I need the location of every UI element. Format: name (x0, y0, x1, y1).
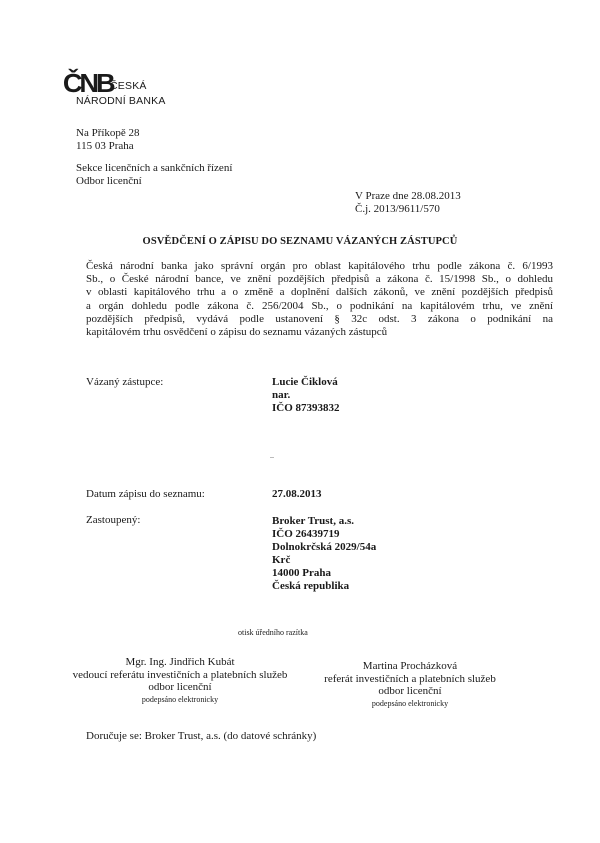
scan-speck (270, 457, 274, 458)
date-label: Datum zápisu do seznamu: (86, 488, 205, 501)
signer-note: podepsáno elektronicky (60, 694, 300, 705)
body-paragraph: Česká národní banka jako správní orgán p… (86, 260, 553, 339)
signer-division: odbor licenční (300, 685, 520, 698)
department-division: Odbor licenční (76, 175, 232, 188)
body-line: v oblasti kapitálového trhu a o změně a … (86, 286, 553, 299)
signature-block-2: Martina Procházková referát investičních… (300, 660, 520, 709)
agent-ico: IČO 87393832 (272, 402, 340, 415)
logo-line-1: ČESKÁ (110, 80, 147, 92)
stamp-note: otisk úředního razítka (238, 626, 308, 639)
agent-label: Vázaný zástupce: (86, 376, 163, 389)
agent-value: Lucie Čiklová nar. IČO 87393832 (272, 376, 340, 415)
document-title: OSVĚDČENÍ O ZÁPISU DO SEZNAMU VÁZANÝCH Z… (0, 236, 600, 247)
reference-number: Č.j. 2013/9611/570 (355, 203, 461, 216)
body-line: kapitálovém trhu osvědčení o zápisu do s… (86, 326, 553, 339)
body-line: a orgán dohledu podle zákona č. 256/2004… (86, 300, 553, 313)
represented-country: Česká republika (272, 580, 376, 593)
represented-label: Zastoupený: (86, 514, 140, 527)
represented-value: Broker Trust, a.s. IČO 26439719 Dolnokrč… (272, 515, 376, 593)
represented-ico: IČO 26439719 (272, 528, 376, 541)
represented-name: Broker Trust, a.s. (272, 515, 376, 528)
signer-name: Martina Procházková (300, 660, 520, 673)
address-city: 115 03 Praha (76, 140, 140, 153)
department: Sekce licenčních a sankčních řízení Odbo… (76, 162, 232, 188)
signature-block-1: Mgr. Ing. Jindřich Kubát vedoucí referát… (60, 656, 300, 705)
address-street: Na Příkopě 28 (76, 127, 140, 140)
signer-role: referát investičních a platebních služeb (300, 673, 520, 686)
signer-note: podepsáno elektronicky (300, 698, 520, 709)
body-line: pozdějších předpisů, vydává podle ustano… (86, 313, 553, 326)
date-value: 27.08.2013 (272, 488, 322, 501)
cnb-logo: ČNB ČESKÁ NÁRODNÍ BANKA (64, 70, 111, 97)
represented-city: 14000 Praha (272, 567, 376, 580)
signer-division: odbor licenční (60, 681, 300, 694)
represented-district: Krč (272, 554, 376, 567)
place-date: V Praze dne 28.08.2013 (355, 190, 461, 203)
agent-born: nar. (272, 389, 340, 402)
sender-address: Na Příkopě 28 115 03 Praha (76, 127, 140, 153)
department-section: Sekce licenčních a sankčních řízení (76, 162, 232, 175)
body-line: Sb., o České národní bance, ve znění poz… (86, 273, 553, 286)
logo-mark: ČNB (63, 70, 113, 96)
signer-role: vedoucí referátu investičních a platební… (60, 669, 300, 682)
represented-street: Dolnokrčská 2029/54a (272, 541, 376, 554)
signer-name: Mgr. Ing. Jindřich Kubát (60, 656, 300, 669)
logo-line-2: NÁRODNÍ BANKA (76, 95, 166, 107)
body-line: Česká národní banka jako správní orgán p… (86, 260, 553, 273)
agent-name: Lucie Čiklová (272, 376, 340, 389)
delivery-note: Doručuje se: Broker Trust, a.s. (do dato… (86, 730, 316, 743)
date-block: V Praze dne 28.08.2013 Č.j. 2013/9611/57… (355, 190, 461, 216)
